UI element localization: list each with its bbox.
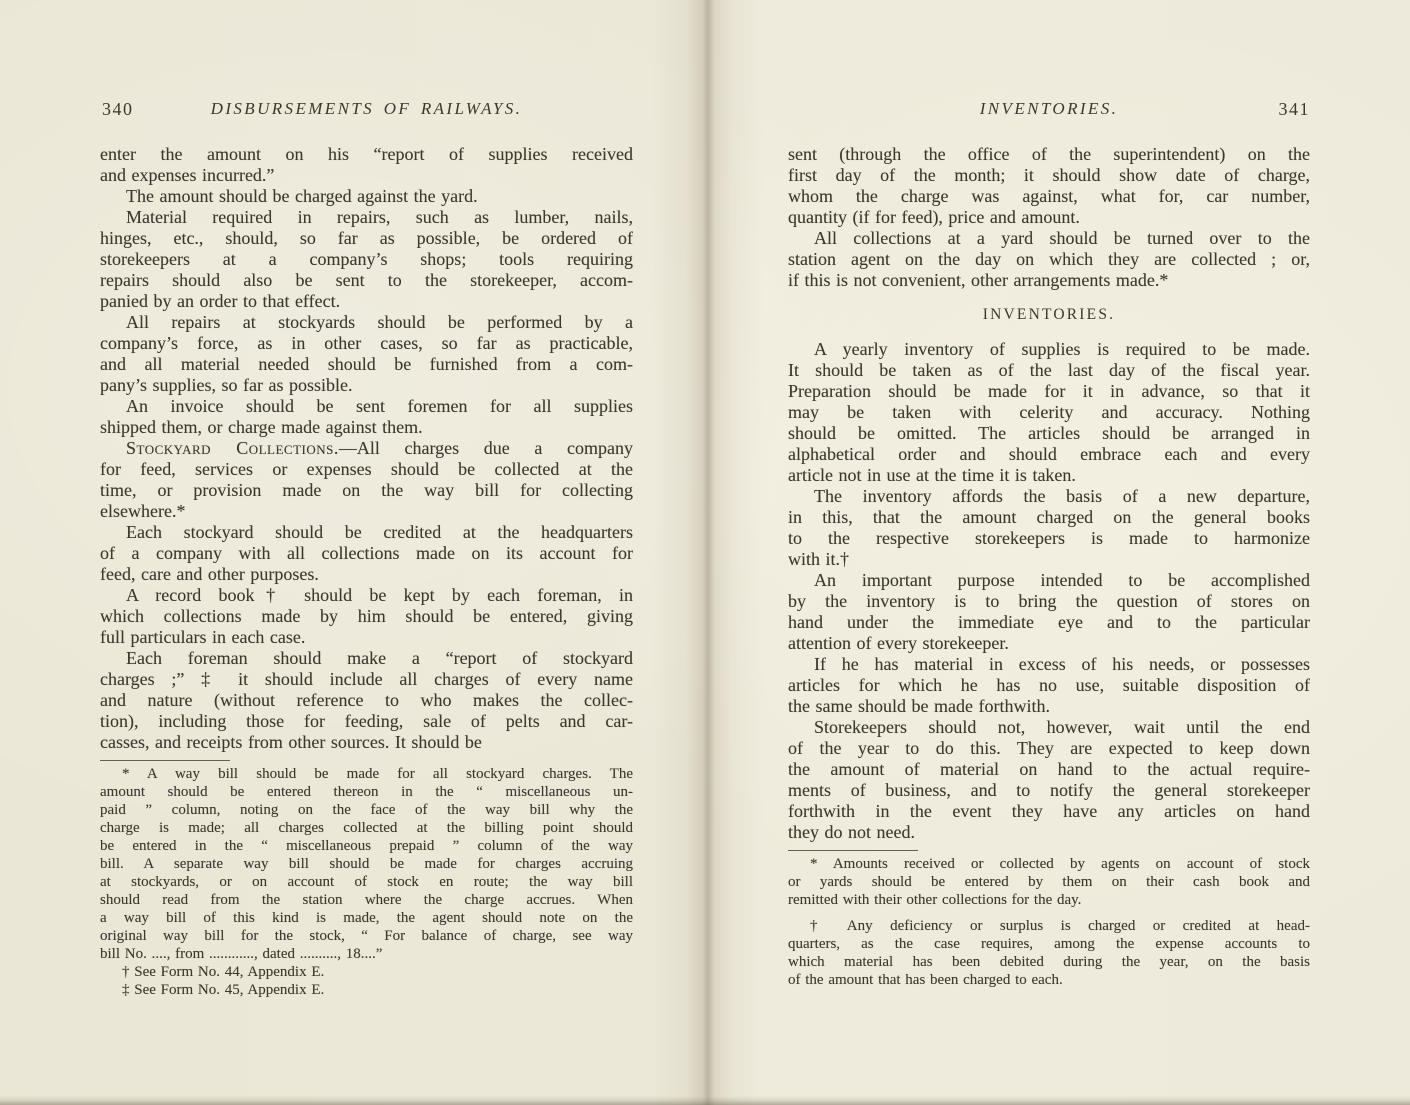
text-line: articles for which he has no use, suitab… <box>788 675 1310 696</box>
right-page-body: sent (through the office of the superint… <box>788 144 1310 989</box>
text-line: amount should be entered thereon in the … <box>100 783 633 801</box>
text-line: and nature (without reference to who mak… <box>100 690 633 711</box>
text-line: panied by an order to that effect. <box>100 291 633 312</box>
footnote: * A way bill should be made for all stoc… <box>100 765 633 963</box>
text-line: If he has material in excess of his need… <box>788 654 1310 675</box>
paragraph: The inventory affords the basis of a new… <box>788 486 1310 570</box>
text-line: † Any deficiency or surplus is charged o… <box>788 917 1310 935</box>
text-line: for feed, services or expenses should be… <box>100 459 633 480</box>
footnote: * Amounts received or collected by agent… <box>788 855 1310 909</box>
text-line: bill. A separate way bill should be made… <box>100 855 633 873</box>
text-line: original way bill for the stock, “ For b… <box>100 927 633 945</box>
text-line: * A way bill should be made for all stoc… <box>100 765 633 783</box>
text-line: in this, that the amount charged on the … <box>788 507 1310 528</box>
paragraph: A record book† should be kept by each fo… <box>100 585 633 648</box>
paragraph: Each foreman should make a “report of st… <box>100 648 633 753</box>
text-line: attention of every storekeeper. <box>788 633 1310 654</box>
text-line: shipped them, or charge made against the… <box>100 417 633 438</box>
text-line: which material has been debited during t… <box>788 953 1310 971</box>
text-line: first day of the month; it should show d… <box>788 165 1310 186</box>
text-line: they do not need. <box>788 822 1310 843</box>
text-line: Material required in repairs, such as lu… <box>100 207 633 228</box>
text-line: elsewhere.* <box>100 501 633 522</box>
footnote-rule <box>100 760 230 761</box>
text-line: It should be taken as of the last day of… <box>788 360 1310 381</box>
text-line: Preparation should be made for it in adv… <box>788 381 1310 402</box>
paragraph: enter the amount on his “report of suppl… <box>100 144 633 186</box>
text-line: The inventory affords the basis of a new… <box>788 486 1310 507</box>
text-line: quantity (if for feed), price and amount… <box>788 207 1310 228</box>
left-page-body: enter the amount on his “report of suppl… <box>100 144 633 999</box>
text-line: whom the charge was against, what for, c… <box>788 186 1310 207</box>
text-line: Storekeepers should not, however, wait u… <box>788 717 1310 738</box>
running-head: DISBURSEMENTS OF RAILWAYS. <box>100 99 633 119</box>
text-line: full particulars in each case. <box>100 627 633 648</box>
page-number: 340 <box>102 99 134 119</box>
text-line: hand under the immediate eye and to the … <box>788 612 1310 633</box>
text-line: hinges, etc., should, so far as possible… <box>100 228 633 249</box>
book-gutter-shadow <box>652 0 764 1105</box>
right-page-header: INVENTORIES. 341 <box>788 99 1310 119</box>
text-line: the amount of material on hand to the ac… <box>788 759 1310 780</box>
text-line: charge is made; all charges collected at… <box>100 819 633 837</box>
text-line: quarters, as the case requires, among th… <box>788 935 1310 953</box>
paragraph: All repairs at stockyards should be perf… <box>100 312 633 396</box>
text-line: article not in use at the time it is tak… <box>788 465 1310 486</box>
text-line: and expenses incurred.” <box>100 165 633 186</box>
text-line: repairs should also be sent to the store… <box>100 270 633 291</box>
text-line: All repairs at stockyards should be perf… <box>100 312 633 333</box>
running-head: INVENTORIES. <box>788 99 1310 119</box>
text-line: at stockyards, or on account of stock en… <box>100 873 633 891</box>
paragraph: An important purpose intended to be acco… <box>788 570 1310 654</box>
paragraph: Storekeepers should not, however, wait u… <box>788 717 1310 843</box>
text-line: of a company with all collections made o… <box>100 543 633 564</box>
right-page: INVENTORIES. 341 sent (through the offic… <box>788 99 1310 989</box>
book-spread-scan: { "paper_color": "#ece8d8", "ink_color":… <box>0 0 1410 1105</box>
text-line: A record book† should be kept by each fo… <box>100 585 633 606</box>
text-line: paid ” column, noting on the face of the… <box>100 801 633 819</box>
text-line: the same should be made forthwith. <box>788 696 1310 717</box>
text-line: remitted with their other collections fo… <box>788 891 1310 909</box>
text-line: An invoice should be sent foremen for al… <box>100 396 633 417</box>
text-line: a way bill of this kind is made, the age… <box>100 909 633 927</box>
text-line: feed, care and other purposes. <box>100 564 633 585</box>
section-heading: INVENTORIES. <box>788 304 1310 325</box>
paragraph: sent (through the office of the superint… <box>788 144 1310 228</box>
text-line: and all material needed should be furnis… <box>100 354 633 375</box>
text-line: A yearly inventory of supplies is requir… <box>788 339 1310 360</box>
text-line: enter the amount on his “report of suppl… <box>100 144 633 165</box>
footnote-rule <box>788 850 918 851</box>
text-line: Each stockyard should be credited at the… <box>100 522 633 543</box>
text-line: casses, and receipts from other sources.… <box>100 732 633 753</box>
left-page: 340 DISBURSEMENTS OF RAILWAYS. enter the… <box>100 99 633 999</box>
text-line: may be taken with celerity and accuracy.… <box>788 402 1310 423</box>
text-line: Each foreman should make a “report of st… <box>100 648 633 669</box>
page-bottom-edge-shadow <box>0 1096 1410 1105</box>
text-line: sent (through the office of the superint… <box>788 144 1310 165</box>
text-line: company’s force, as in other cases, so f… <box>100 333 633 354</box>
text-line: to the respective storekeepers is made t… <box>788 528 1310 549</box>
paragraph: Each stockyard should be credited at the… <box>100 522 633 585</box>
text-line: Stockyard Collections.—All charges due a… <box>100 438 633 459</box>
paragraph: An invoice should be sent foremen for al… <box>100 396 633 438</box>
text-line: pany’s supplies, so far as possible. <box>100 375 633 396</box>
text-line: of the amount that has been charged to e… <box>788 971 1310 989</box>
text-line: charges ;” ‡ it should include all charg… <box>100 669 633 690</box>
text-line: with it.† <box>788 549 1310 570</box>
paragraph: All collections at a yard should be turn… <box>788 228 1310 291</box>
small-caps-lead: Stockyard Collections. <box>126 438 339 458</box>
text-line: of the year to do this. They are expecte… <box>788 738 1310 759</box>
text-line: bill No. ...., from ............, dated … <box>100 945 633 963</box>
text-line: station agent on the day on which they a… <box>788 249 1310 270</box>
paragraph: If he has material in excess of his need… <box>788 654 1310 717</box>
paragraph: Stockyard Collections.—All charges due a… <box>100 438 633 522</box>
text-line: if this is not convenient, other arrange… <box>788 270 1310 291</box>
page-number: 341 <box>1279 99 1311 119</box>
text-line: storekeepers at a company’s shops; tools… <box>100 249 633 270</box>
text-line: which collections made by him should be … <box>100 606 633 627</box>
text-line: tion), including those for feeding, sale… <box>100 711 633 732</box>
footnote: † Any deficiency or surplus is charged o… <box>788 917 1310 989</box>
text-line: by the inventory is to bring the questio… <box>788 591 1310 612</box>
text-line: * Amounts received or collected by agent… <box>788 855 1310 873</box>
text-line: The amount should be charged against the… <box>100 186 633 207</box>
paragraph: Material required in repairs, such as lu… <box>100 207 633 312</box>
footnote: † See Form No. 44, Appendix E. <box>100 963 633 981</box>
left-page-header: 340 DISBURSEMENTS OF RAILWAYS. <box>100 99 633 119</box>
footnote: ‡ See Form No. 45, Appendix E. <box>100 981 633 999</box>
paragraph: A yearly inventory of supplies is requir… <box>788 339 1310 486</box>
paragraph: The amount should be charged against the… <box>100 186 633 207</box>
text-line: ments of business, and to notify the gen… <box>788 780 1310 801</box>
text-line: should read from the station where the c… <box>100 891 633 909</box>
text-line: forthwith in the event they have any art… <box>788 801 1310 822</box>
text-line: † See Form No. 44, Appendix E. <box>100 963 633 981</box>
text-line: or yards should be entered by them on th… <box>788 873 1310 891</box>
text-line: alphabetical order and should embrace ea… <box>788 444 1310 465</box>
text-line: ‡ See Form No. 45, Appendix E. <box>100 981 633 999</box>
text-line: time, or provision made on the way bill … <box>100 480 633 501</box>
text-line: An important purpose intended to be acco… <box>788 570 1310 591</box>
text-line: should be omitted. The articles should b… <box>788 423 1310 444</box>
text-line: All collections at a yard should be turn… <box>788 228 1310 249</box>
text-line: be entered in the “ miscellaneous prepai… <box>100 837 633 855</box>
